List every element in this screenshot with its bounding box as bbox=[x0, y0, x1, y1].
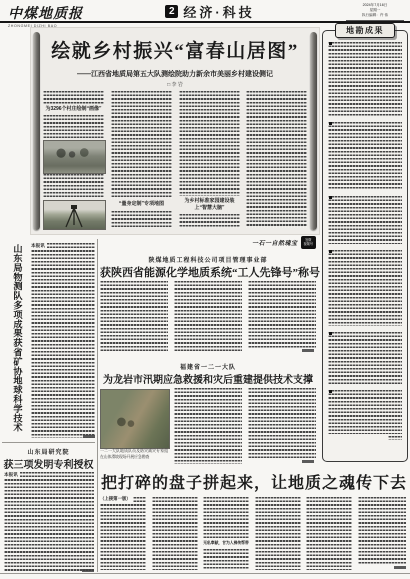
signature-blob bbox=[394, 566, 406, 569]
shaanxi-headline: 获陕西省能源化学地质系统“工人先锋号”称号 bbox=[100, 264, 316, 280]
shaanxi-kicker: 陕煤地质工程科技公司项目管理事业部 bbox=[100, 255, 316, 264]
news-brief-item bbox=[328, 42, 402, 116]
section-header: 2 经济·科技 bbox=[145, 4, 275, 19]
patent-kicker: 山东局研究院 bbox=[2, 447, 95, 456]
feature-subhead-2: “量身定制”专项地图 bbox=[111, 201, 172, 208]
editor-line: 执行编辑：许 伟 bbox=[346, 13, 404, 18]
brief-text bbox=[328, 332, 402, 384]
brief-text bbox=[328, 122, 402, 190]
dateline-lead: 本报讯 bbox=[4, 472, 20, 478]
body-text-column bbox=[179, 91, 240, 196]
photo-landslide-site bbox=[100, 389, 170, 449]
body-text-column bbox=[174, 281, 242, 353]
signature-blob bbox=[83, 435, 95, 438]
news-brief-item bbox=[328, 250, 402, 326]
body-text-column bbox=[43, 91, 104, 104]
bullet-square-icon bbox=[329, 332, 332, 335]
signature-blob bbox=[302, 460, 314, 463]
bottom-subhead: 无私奉献，甘为人梯传帮带 bbox=[203, 541, 249, 546]
signature-blob bbox=[82, 569, 94, 572]
page-bottom-rule bbox=[0, 573, 410, 574]
bullet-square-icon bbox=[329, 122, 332, 125]
body-text-column bbox=[306, 497, 352, 570]
body-text-column bbox=[248, 281, 316, 349]
body-text-column bbox=[111, 211, 172, 228]
body-text-column bbox=[203, 549, 249, 570]
shandong-award-body: 本报讯 bbox=[31, 243, 95, 438]
body-text-column bbox=[203, 497, 249, 539]
body-text-column bbox=[246, 91, 307, 228]
body-text-column bbox=[179, 214, 240, 228]
bullet-square-icon bbox=[329, 196, 332, 199]
bullet-square-icon bbox=[329, 42, 332, 45]
masthead-title: 中煤地质报 bbox=[8, 3, 128, 23]
body-text-column bbox=[174, 388, 242, 464]
brief-text bbox=[328, 42, 402, 116]
brief-text bbox=[328, 390, 402, 434]
fujian-headline: 为龙岩市汛期应急救援和灾后重建提供技术支撑 bbox=[100, 371, 316, 386]
news-brief-item bbox=[328, 390, 402, 434]
fujian-kicker: 福建省一二一大队 bbox=[100, 362, 316, 371]
brief-text bbox=[328, 250, 402, 326]
promo-banner: 一石一自然瑰宝 官微 视频号 bbox=[252, 235, 316, 249]
tripod-icon bbox=[44, 201, 105, 229]
body-text-column bbox=[248, 388, 316, 459]
news-briefs-body bbox=[328, 42, 402, 455]
brief-signature bbox=[388, 436, 402, 440]
feature-article: 绘就乡村振兴“富春山居图” ——江西省地质局第五大队测绘院助力新余市美丽乡村建设… bbox=[30, 27, 320, 235]
photo-survey-tripod bbox=[43, 200, 106, 230]
body-text-column bbox=[100, 281, 168, 353]
bullet-square-icon bbox=[329, 250, 332, 253]
feature-author: □ 李 岩 bbox=[43, 81, 307, 88]
body-text-column bbox=[43, 115, 104, 138]
photo-caption: 一二一大队地质队员及防灾减灾专家组在山体滑坡现场开展应急勘查 bbox=[100, 449, 168, 460]
badge-line: 视频号 bbox=[303, 242, 313, 246]
patent-body: 本报讯 bbox=[4, 472, 94, 572]
shandong-award-headline: 山东局物测队多项成果获省矿协地球科学技术奖 bbox=[5, 244, 29, 441]
date-block: 2024年7月16日 星期一 执行编辑：许 伟 bbox=[346, 3, 404, 21]
body-text-column bbox=[31, 243, 95, 438]
body-text-column bbox=[255, 497, 301, 570]
news-brief-item bbox=[328, 196, 402, 244]
page-number-badge: 2 bbox=[165, 5, 178, 18]
photo-villagers-map bbox=[43, 140, 106, 174]
section-title: 经济·科技 bbox=[183, 2, 254, 21]
bottom-body-col1: （上接第一版） bbox=[100, 497, 146, 570]
scroll-ornament-right bbox=[310, 32, 317, 230]
feature-headline: 绘就乡村振兴“富春山居图” bbox=[43, 36, 307, 63]
signature-blob bbox=[302, 349, 314, 352]
news-brief-item bbox=[328, 332, 402, 384]
news-briefs-box: 地勘成果 bbox=[322, 30, 408, 462]
media-qr-badge: 官微 视频号 bbox=[301, 236, 316, 249]
body-text-column bbox=[43, 174, 104, 198]
body-text-column bbox=[111, 91, 172, 199]
promo-text: 一石一自然瑰宝 bbox=[252, 238, 298, 247]
body-text-column bbox=[100, 497, 146, 570]
divider-rule bbox=[2, 442, 95, 443]
bottom-headline: 把打碎的盘子拼起来，让地质之魂传下去 bbox=[100, 470, 408, 493]
feature-subhead-3: 为乡村标准家园建设装上“智慧大脑” bbox=[179, 198, 240, 211]
body-text-column bbox=[152, 497, 198, 570]
bullet-square-icon bbox=[329, 390, 332, 393]
scroll-ornament-left bbox=[33, 32, 40, 230]
body-text-column bbox=[358, 497, 406, 565]
continued-from-page-one: （上接第一版） bbox=[100, 497, 133, 503]
dateline-lead: 本报讯 bbox=[31, 243, 47, 249]
feature-subhead-1: 为3296个村庄绘制“画像” bbox=[43, 106, 104, 113]
news-brief-item bbox=[328, 122, 402, 190]
patent-headline: 获三项发明专利授权 bbox=[2, 456, 95, 471]
newspaper-page: 中煤地质报 ZHONGMEI DIZHI BAO 2 经济·科技 2024年7月… bbox=[0, 0, 410, 579]
masthead: 中煤地质报 ZHONGMEI DIZHI BAO bbox=[8, 3, 128, 28]
feature-subtitle: ——江西省地质局第五大队测绘院助力新余市美丽乡村建设侧记 bbox=[43, 69, 307, 79]
brief-text bbox=[328, 196, 402, 244]
news-briefs-tab: 地勘成果 bbox=[335, 23, 395, 38]
column-divider bbox=[97, 239, 98, 572]
body-text-column bbox=[4, 472, 94, 572]
